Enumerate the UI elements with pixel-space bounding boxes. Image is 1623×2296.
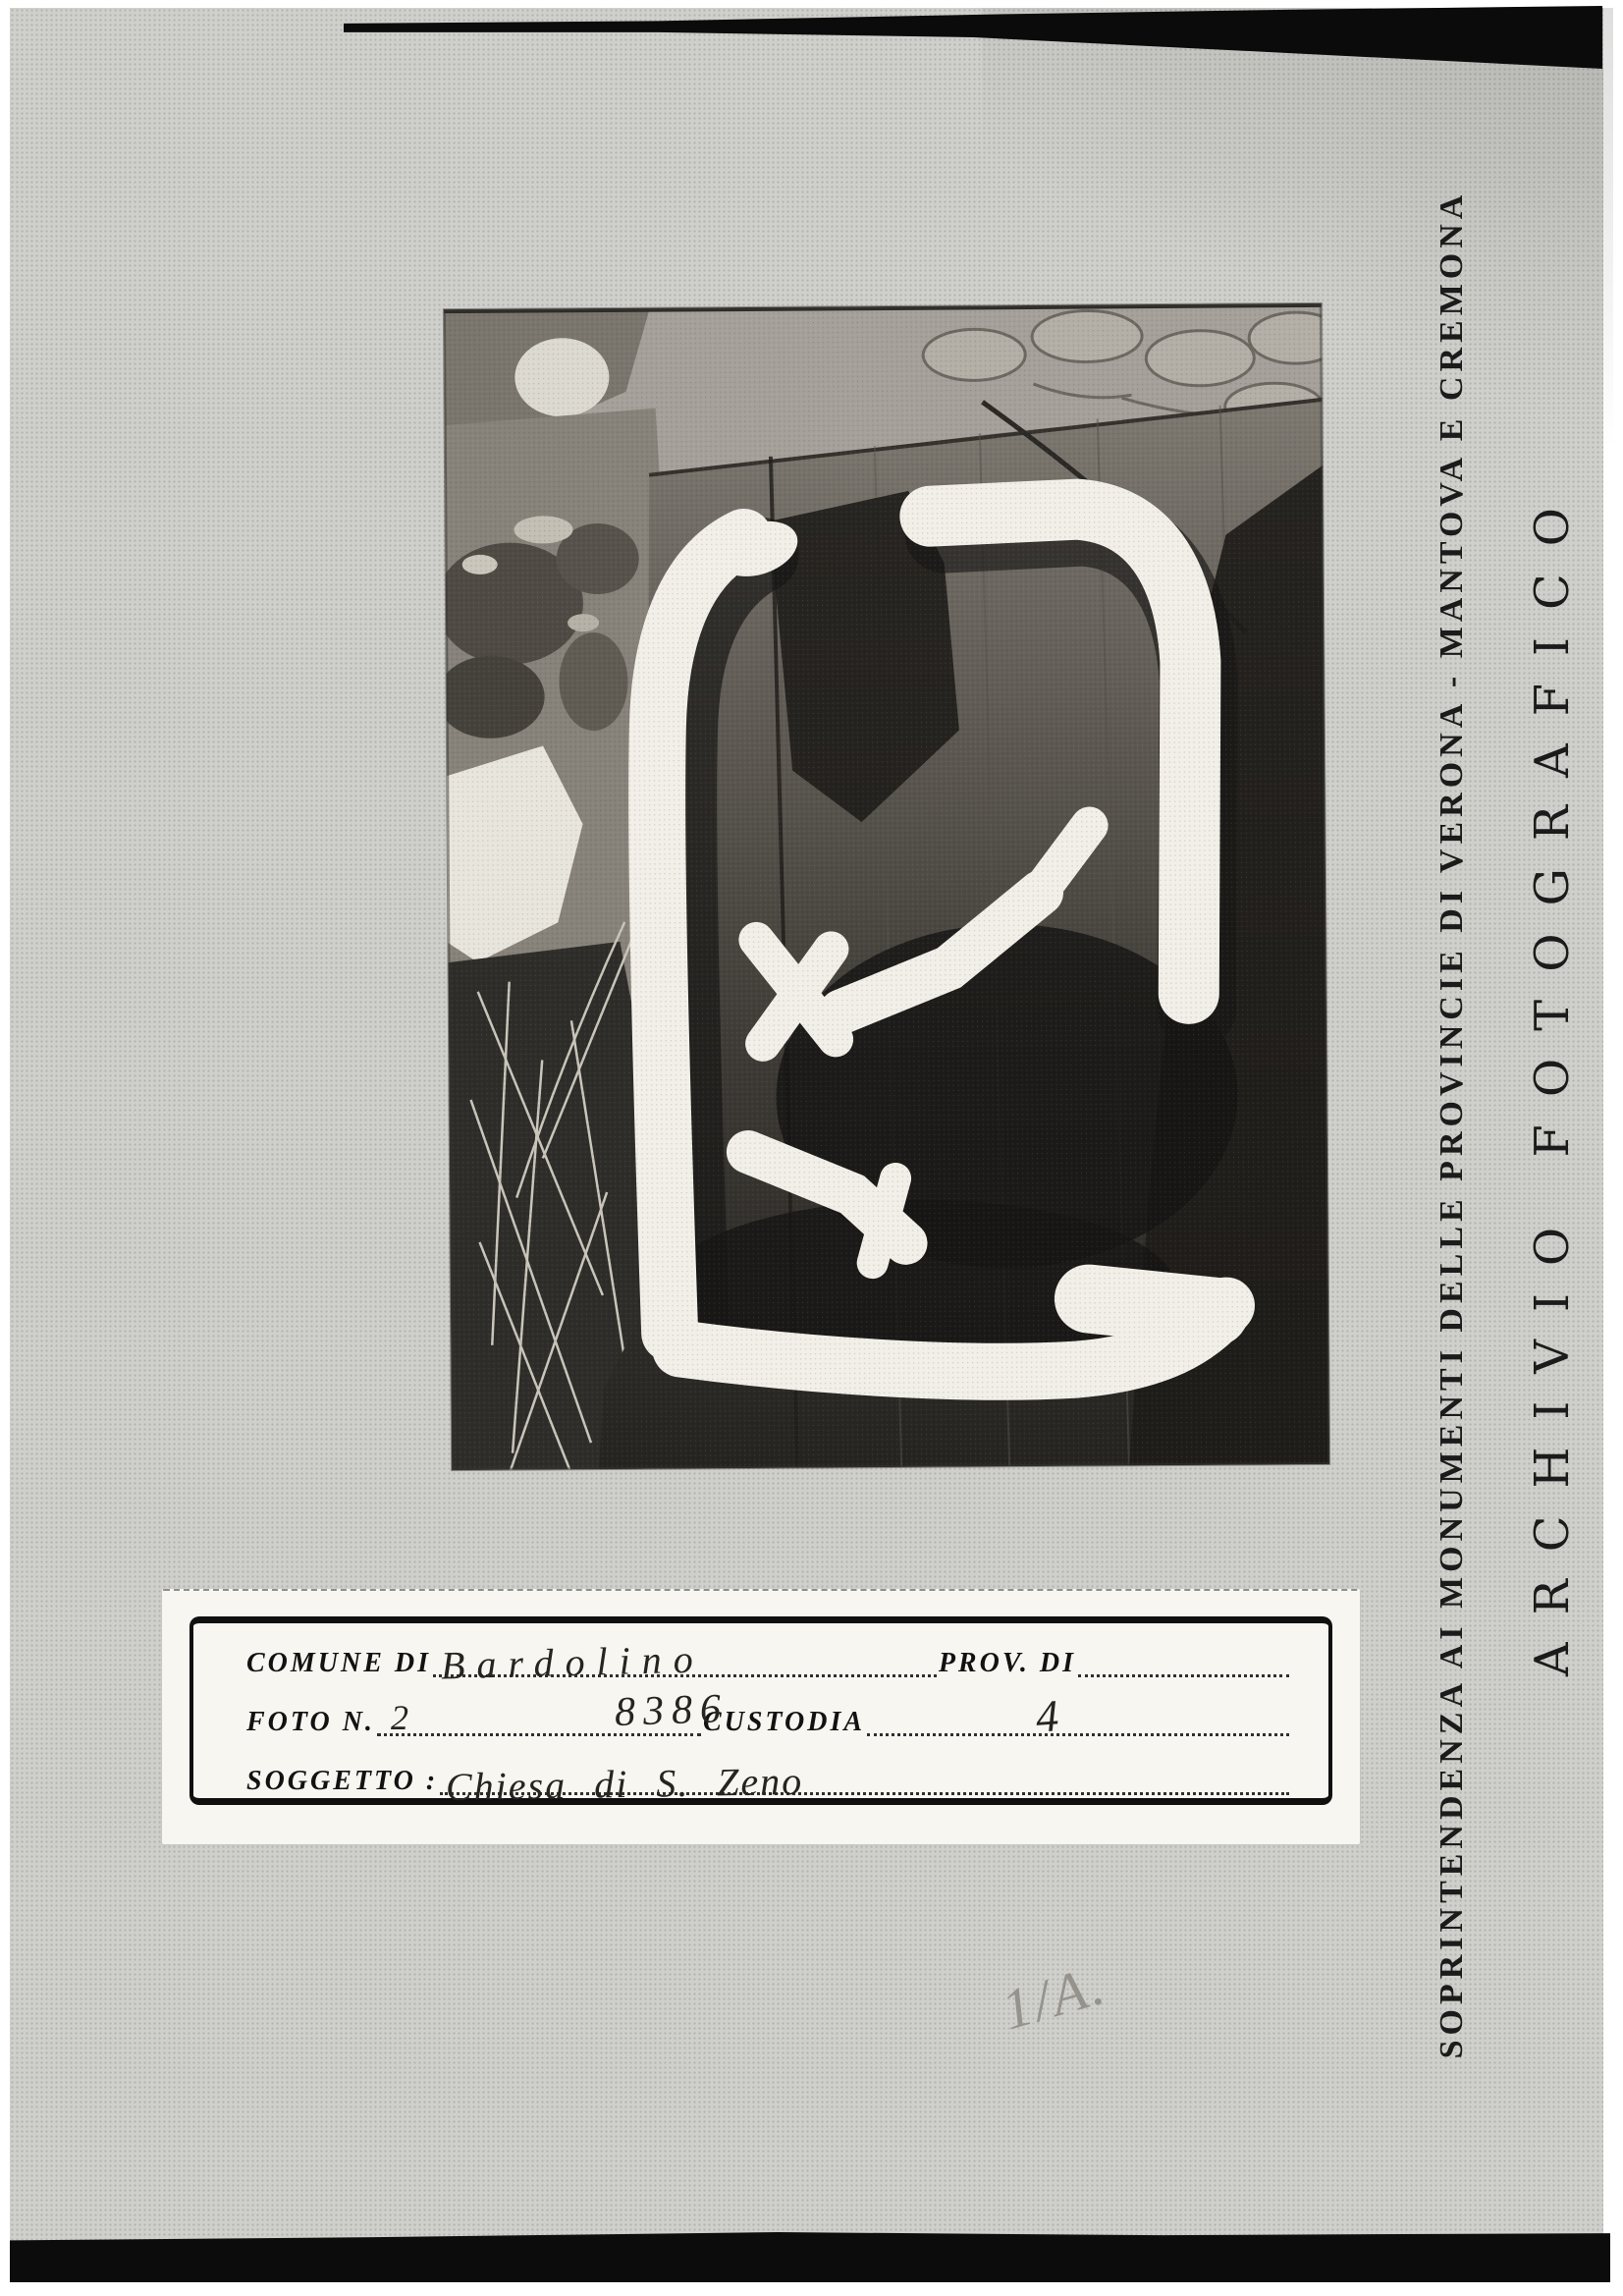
institution-stamp: SOPRINTENDENZA AI MONUMENTI DELLE PROVIN… xyxy=(1434,79,1496,2170)
soggetto-dotted-line: Chiesa di S. Zeno xyxy=(440,1782,1289,1795)
label-row-foto: FOTO N. 2 8386 CUSTODIA 4 xyxy=(246,1695,1291,1738)
comune-dotted-line: Bardolino xyxy=(433,1665,937,1677)
comune-di-value: Bardolino xyxy=(441,1639,706,1685)
soggetto-value: Chiesa di S. Zeno xyxy=(446,1762,804,1807)
comune-di-label: COMUNE DI xyxy=(246,1650,431,1679)
foto-dotted-line: 2 8386 xyxy=(377,1723,701,1736)
foto-n-value: 2 xyxy=(391,1700,408,1735)
scanned-archive-page: SOPRINTENDENZA AI MONUMENTI DELLE PROVIN… xyxy=(0,0,1623,2296)
prov-di-label: PROV. DI xyxy=(939,1650,1076,1679)
photo-scene xyxy=(444,303,1329,1470)
bottom-black-band xyxy=(10,2231,1610,2282)
archive-number: 8386 xyxy=(614,1688,729,1733)
prov-dotted-line xyxy=(1078,1665,1289,1677)
foto-n-label: FOTO N. xyxy=(246,1709,375,1738)
photograph xyxy=(444,303,1329,1470)
photo-halftone-overlay xyxy=(444,303,1329,1470)
custodia-dotted-line: 4 xyxy=(867,1723,1289,1736)
custodia-value: 4 xyxy=(1034,1693,1059,1739)
catalog-label: COMUNE DI Bardolino PROV. DI FOTO N. 2 8… xyxy=(161,1589,1361,1845)
archive-stamp: ARCHIVIO FOTOGRAFICO xyxy=(1525,469,1592,1687)
label-row-soggetto: SOGGETTO : Chiesa di S. Zeno xyxy=(246,1754,1291,1797)
label-row-comune: COMUNE DI Bardolino PROV. DI xyxy=(246,1636,1291,1679)
soggetto-label: SOGGETTO : xyxy=(246,1768,438,1797)
